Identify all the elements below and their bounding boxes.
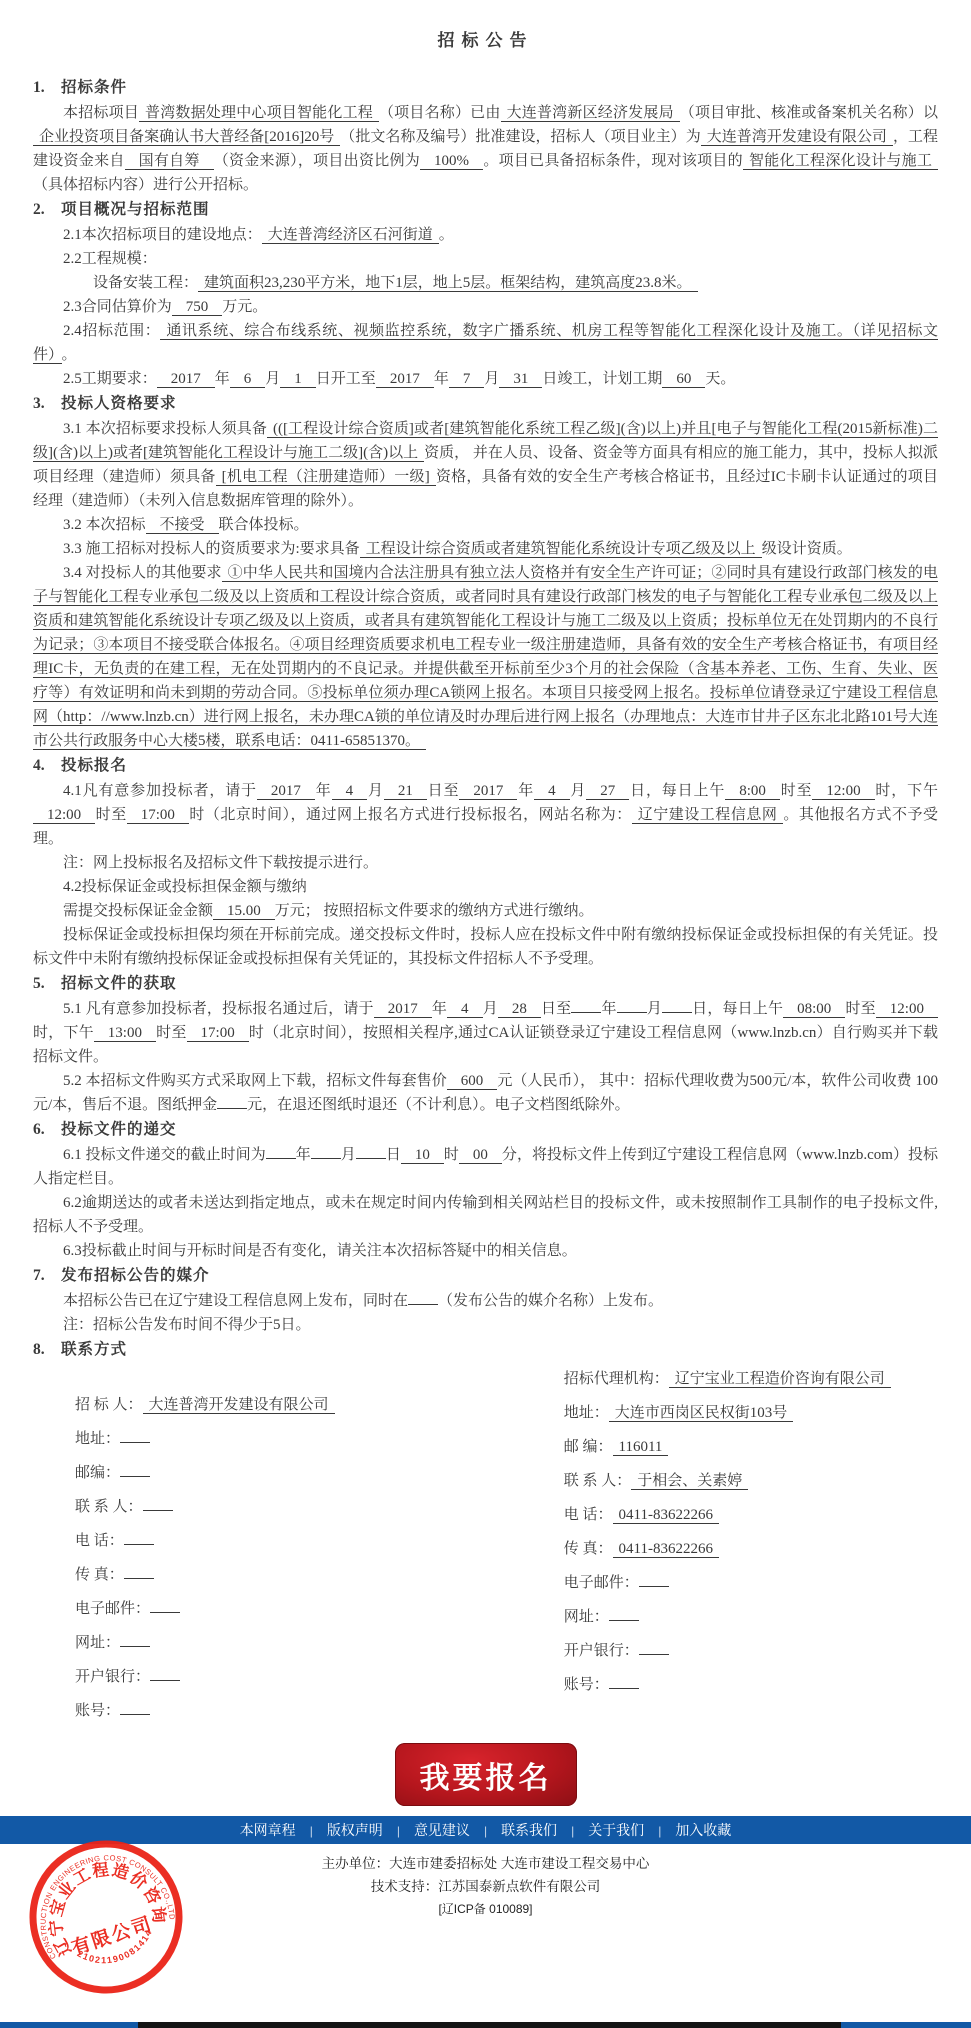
fill-in-value: 工程设计综合资质或者建筑智能化系统设计专项乙级及以上 [360, 541, 762, 558]
paragraph: 3.3 施工招标对投标人的资质要求为:要求具备工程设计综合资质或者建筑智能化系统… [33, 537, 938, 561]
paragraph: 3.1 本次招标要求投标人须具备(([工程设计综合资质]或者[建筑智能化系统工程… [33, 417, 938, 513]
section-title-text: 投标人资格要求 [61, 395, 177, 412]
fill-in-value: 大连市西岗区民权街103号 [609, 1405, 794, 1422]
paragraph: 2.2工程规模： [33, 247, 938, 271]
blank-field [124, 1563, 154, 1579]
contact-column-bidder: 招 标 人：大连普湾开发建设有限公司地址：邮编：联 系 人：电 话：传 真：电子… [75, 1367, 469, 1733]
fill-in-value: 大连普湾开发建设有限公司 [701, 129, 893, 146]
company-stamp: CONSTRUCTION ENGINEERING COST CONSULT CO… [26, 1836, 186, 1998]
fill-in-value: 12:00 [812, 783, 874, 800]
separator: | [658, 1824, 661, 1838]
contact-row: 账号： [564, 1673, 931, 1697]
fill-in-value: 于相会、关素婷 [631, 1473, 748, 1490]
fill-in-value: 2017 [157, 371, 215, 388]
blank-field [311, 1143, 341, 1159]
section-title-text: 联系方式 [61, 1341, 127, 1358]
contact-label: 传 真： [75, 1567, 124, 1583]
section-heading: 3.投标人资格要求 [33, 391, 938, 417]
paragraph: 2.1本次招标项目的建设地点：大连普湾经济区石河街道。 [33, 223, 938, 247]
contact-row: 电 话： [75, 1529, 469, 1553]
fill-in-value: 2017 [257, 783, 315, 800]
fill-in-value: 大连普湾新区经济发展局 [501, 105, 680, 122]
paragraph: 3.4 对投标人的其他要求①中华人民共和国境内合法注册具有独立法人资格并有安全生… [33, 561, 938, 753]
section-number: 7. [33, 1263, 61, 1289]
fill-in-value: 4 [332, 783, 368, 800]
contact-label: 地址： [75, 1431, 120, 1447]
fill-in-value: 31 [499, 371, 542, 388]
separator: | [571, 1824, 574, 1838]
blank-field [120, 1427, 150, 1443]
paragraph: 4.2投标保证金或投标担保金额与缴纳 [33, 875, 938, 899]
section-title-text: 投标文件的递交 [61, 1121, 177, 1138]
blank-field [571, 997, 601, 1013]
contact-row: 地址： [75, 1427, 469, 1451]
contact-label: 电子邮件： [75, 1601, 150, 1617]
fill-in-value: 国有自筹 [125, 153, 214, 170]
contact-label: 传 真： [564, 1541, 613, 1557]
blank-field [150, 1665, 180, 1681]
section-heading: 5.招标文件的获取 [33, 971, 938, 997]
bottom-bar-blue-left [0, 2022, 138, 2028]
fill-in-value: 21 [384, 783, 427, 800]
section-title-text: 发布招标公告的媒介 [61, 1267, 210, 1284]
contact-label: 网址： [564, 1609, 609, 1625]
contact-label: 邮 编： [564, 1439, 613, 1455]
signup-button[interactable]: 我要报名 [395, 1743, 577, 1806]
footer-link-6[interactable]: 加入收藏 [675, 1822, 731, 1838]
paragraph: 本招标项目普湾数据处理中心项目智能化工程（项目名称）已由大连普湾新区经济发展局（… [33, 101, 938, 197]
paragraph: 4.1凡有意参加投标者，请于2017年4月21日至2017年4月27日，每日上午… [33, 779, 938, 851]
document-body: 1.招标条件本招标项目普湾数据处理中心项目智能化工程（项目名称）已由大连普湾新区… [0, 75, 971, 1363]
fill-in-value: 不接受 [146, 517, 219, 534]
blank-field [217, 1093, 247, 1109]
signup-button-area: 我要报名 [0, 1743, 971, 1806]
bottom-bar-blue-right [841, 2022, 971, 2028]
contact-label: 电子邮件： [564, 1575, 639, 1591]
section-heading: 1.招标条件 [33, 75, 938, 101]
fill-in-value: 4 [447, 1001, 483, 1018]
contact-column-agency: 招标代理机构：辽宁宝业工程造价咨询有限公司地址：大连市西岗区民权街103号邮 编… [469, 1367, 931, 1733]
fill-in-value: (([工程设计综合资质]或者[建筑智能化系统工程乙级](含)以上)并且[电子与智… [33, 421, 938, 462]
blank-field [120, 1631, 150, 1647]
separator: | [397, 1824, 400, 1838]
section-number: 5. [33, 971, 61, 997]
fill-in-value: 600 [447, 1073, 498, 1090]
fill-in-value: 通讯系统、综合布线系统、视频监控系统，数字广播系统、机房工程等智能化工程深化设计… [33, 323, 938, 364]
contact-row: 招标代理机构：辽宁宝业工程造价咨询有限公司 [564, 1367, 931, 1391]
paragraph: 5.2 本招标文件购买方式采取网上下载，招标文件每套售价600元（人民币）， 其… [33, 1069, 938, 1117]
fill-in-value: 大连普湾开发建设有限公司 [143, 1397, 335, 1414]
section-number: 8. [33, 1337, 61, 1363]
contact-row: 开户银行： [564, 1639, 931, 1663]
footer-link-2[interactable]: 版权声明 [327, 1822, 383, 1838]
contact-label: 联 系 人： [75, 1499, 143, 1515]
fill-in-value: [机电工程（注册建造师）一级] [216, 469, 436, 486]
paragraph: 需提交投标保证金金额15.00万元； 按照招标文件要求的缴纳方式进行缴纳。 [33, 899, 938, 923]
contact-label: 账号： [75, 1703, 120, 1719]
contact-label: 联 系 人： [564, 1473, 632, 1489]
fill-in-value: 17:00 [187, 1025, 249, 1042]
fill-in-value: 10 [401, 1147, 444, 1164]
contact-row: 邮编： [75, 1461, 469, 1485]
fill-in-value: 企业投资项目备案确认书大普经备[2016]20号 [33, 129, 340, 146]
blank-field [124, 1529, 154, 1545]
separator: | [310, 1824, 313, 1838]
fill-in-value: 27 [586, 783, 629, 800]
contact-row: 联 系 人：于相会、关素婷 [564, 1469, 931, 1493]
section-heading: 4.投标报名 [33, 753, 938, 779]
contact-row: 传 真：0411-83622266 [564, 1537, 931, 1561]
fill-in-value: 60 [662, 371, 705, 388]
contact-row: 账号： [75, 1699, 469, 1723]
contact-label: 电 话： [564, 1507, 613, 1523]
section-number: 1. [33, 75, 61, 101]
section-number: 3. [33, 391, 61, 417]
paragraph: 注：招标公告发布时间不得少于5日。 [33, 1313, 938, 1337]
contact-label: 电 话： [75, 1533, 124, 1549]
paragraph: 6.2逾期送达的或者未送达到指定地点，或未在规定时间内传输到相关网站栏目的投标文… [33, 1191, 938, 1239]
contact-row: 招 标 人：大连普湾开发建设有限公司 [75, 1393, 469, 1417]
contact-row: 开户银行： [75, 1665, 469, 1689]
section-title-text: 项目概况与招标范围 [61, 201, 210, 218]
blank-field [609, 1605, 639, 1621]
contact-row: 网址： [564, 1605, 931, 1629]
section-number: 2. [33, 197, 61, 223]
contact-label: 地址： [564, 1405, 609, 1421]
bottom-bar-black [138, 2022, 841, 2028]
blank-field [143, 1495, 173, 1511]
blank-field [120, 1461, 150, 1477]
contact-label: 账号： [564, 1677, 609, 1693]
fill-in-value: 2017 [376, 371, 434, 388]
fill-in-value: 13:00 [94, 1025, 156, 1042]
section-title-text: 投标报名 [61, 757, 127, 774]
contact-label: 招 标 人： [75, 1397, 143, 1413]
blank-field [150, 1597, 180, 1613]
fill-in-value: 4 [534, 783, 570, 800]
footer-link-5[interactable]: 关于我们 [588, 1822, 644, 1838]
contact-row: 电 话：0411-83622266 [564, 1503, 931, 1527]
blank-field [408, 1289, 438, 1305]
section-title-text: 招标文件的获取 [61, 975, 177, 992]
blank-field [639, 1639, 669, 1655]
blank-field [120, 1699, 150, 1715]
contact-label: 开户银行： [564, 1643, 639, 1659]
section-title-text: 招标条件 [61, 79, 127, 96]
contact-label: 网址： [75, 1635, 120, 1651]
paragraph: 注：网上投标报名及招标文件下载按提示进行。 [33, 851, 938, 875]
paragraph: 2.5工期要求：2017年6月1日开工至2017年7月31日竣工，计划工期60天… [33, 367, 938, 391]
fill-in-value: 建筑面积23,230平方米，地下1层，地上5层。框架结构，建筑高度23.8米。 [198, 275, 698, 292]
section-number: 4. [33, 753, 61, 779]
section-heading: 2.项目概况与招标范围 [33, 197, 938, 223]
paragraph: 2.3合同估算价为750万元。 [33, 295, 938, 319]
contact-section: 招 标 人：大连普湾开发建设有限公司地址：邮编：联 系 人：电 话：传 真：电子… [0, 1363, 971, 1733]
separator: | [484, 1824, 487, 1838]
paragraph: 5.1 凡有意参加投标者，投标报名通过后，请于2017年4月28日至年月日，每日… [33, 997, 938, 1069]
contact-row: 邮 编：116011 [564, 1435, 931, 1459]
fill-in-value: 7 [449, 371, 485, 388]
footer-nav: 本网章程|版权声明|意见建议|联系我们|关于我们|加入收藏 [240, 1820, 732, 1840]
blank-field [662, 997, 692, 1013]
footer-link-3[interactable]: 意见建议 [414, 1822, 470, 1838]
tender-notice-page: 招标公告 1.招标条件本招标项目普湾数据处理中心项目智能化工程（项目名称）已由大… [0, 0, 971, 2028]
contact-label: 开户银行： [75, 1669, 150, 1685]
contact-label: 招标代理机构： [564, 1371, 669, 1387]
paragraph: 本招标公告已在辽宁建设工程信息网上发布，同时在（发布公告的媒介名称）上发布。 [33, 1289, 938, 1313]
blank-field [617, 997, 647, 1013]
fill-in-value: 辽宁建设工程信息网 [632, 807, 784, 824]
contact-row: 网址： [75, 1631, 469, 1655]
blank-field [609, 1673, 639, 1689]
fill-in-value: 8:00 [725, 783, 780, 800]
fill-in-value: 0411-83622266 [613, 1541, 719, 1558]
fill-in-value: 普湾数据处理中心项目智能化工程 [139, 105, 379, 122]
contact-row: 地址：大连市西岗区民权街103号 [564, 1401, 931, 1425]
contact-row: 电子邮件： [564, 1571, 931, 1595]
fill-in-value: 1 [280, 371, 316, 388]
fill-in-value: 智能化工程深化设计与施工 [743, 153, 938, 170]
blank-field [266, 1143, 296, 1159]
section-heading: 6.投标文件的递交 [33, 1117, 938, 1143]
section-heading: 8.联系方式 [33, 1337, 938, 1363]
paragraph: 6.3投标截止时间与开标时间是否有变化，请关注本次招标答疑中的相关信息。 [33, 1239, 938, 1263]
fill-in-value: 6 [230, 371, 266, 388]
contact-row: 传 真： [75, 1563, 469, 1587]
fill-in-value: 大连普湾经济区石河街道 [262, 227, 439, 244]
paragraph: 2.4招标范围：通讯系统、综合布线系统、视频监控系统，数字广播系统、机房工程等智… [33, 319, 938, 367]
paragraph: 6.1 投标文件递交的截止时间为年月日10时00分，将投标文件上传到辽宁建设工程… [33, 1143, 938, 1191]
paragraph: 设备安装工程：建筑面积23,230平方米，地下1层，地上5层。框架结构，建筑高度… [33, 271, 938, 295]
blank-field [356, 1143, 386, 1159]
footer-link-4[interactable]: 联系我们 [501, 1822, 557, 1838]
fill-in-value: ①中华人民共和国境内合法注册具有独立法人资格并有安全生产许可证；②同时具有建设行… [33, 565, 938, 750]
blank-field [639, 1571, 669, 1587]
fill-in-value: 00 [459, 1147, 502, 1164]
section-number: 6. [33, 1117, 61, 1143]
fill-in-value: 750 [172, 299, 223, 316]
fill-in-value: 0411-83622266 [613, 1507, 719, 1524]
footer-link-1[interactable]: 本网章程 [240, 1822, 296, 1838]
fill-in-value: 12:00 [876, 1001, 938, 1018]
fill-in-value: 17:00 [127, 807, 189, 824]
contact-label: 邮编： [75, 1465, 120, 1481]
section-heading: 7.发布招标公告的媒介 [33, 1263, 938, 1289]
fill-in-value: 100% [420, 153, 483, 170]
fill-in-value: 辽宁宝业工程造价咨询有限公司 [669, 1371, 891, 1388]
paragraph: 投标保证金或投标担保均须在开标前完成。递交投标文件时，投标人应在投标文件中附有缴… [33, 923, 938, 971]
fill-in-value: 12:00 [33, 807, 95, 824]
fill-in-value: 116011 [613, 1439, 669, 1456]
fill-in-value: 2017 [459, 783, 517, 800]
contact-row: 电子邮件： [75, 1597, 469, 1621]
fill-in-value: 2017 [374, 1001, 432, 1018]
paragraph: 3.2 本次招标不接受联合体投标。 [33, 513, 938, 537]
fill-in-value: 08:00 [783, 1001, 845, 1018]
page-title: 招标公告 [0, 0, 971, 75]
bottom-border-bar [0, 2022, 971, 2028]
contact-row: 联 系 人： [75, 1495, 469, 1519]
fill-in-value: 15.00 [213, 903, 275, 920]
fill-in-value: 28 [498, 1001, 541, 1018]
